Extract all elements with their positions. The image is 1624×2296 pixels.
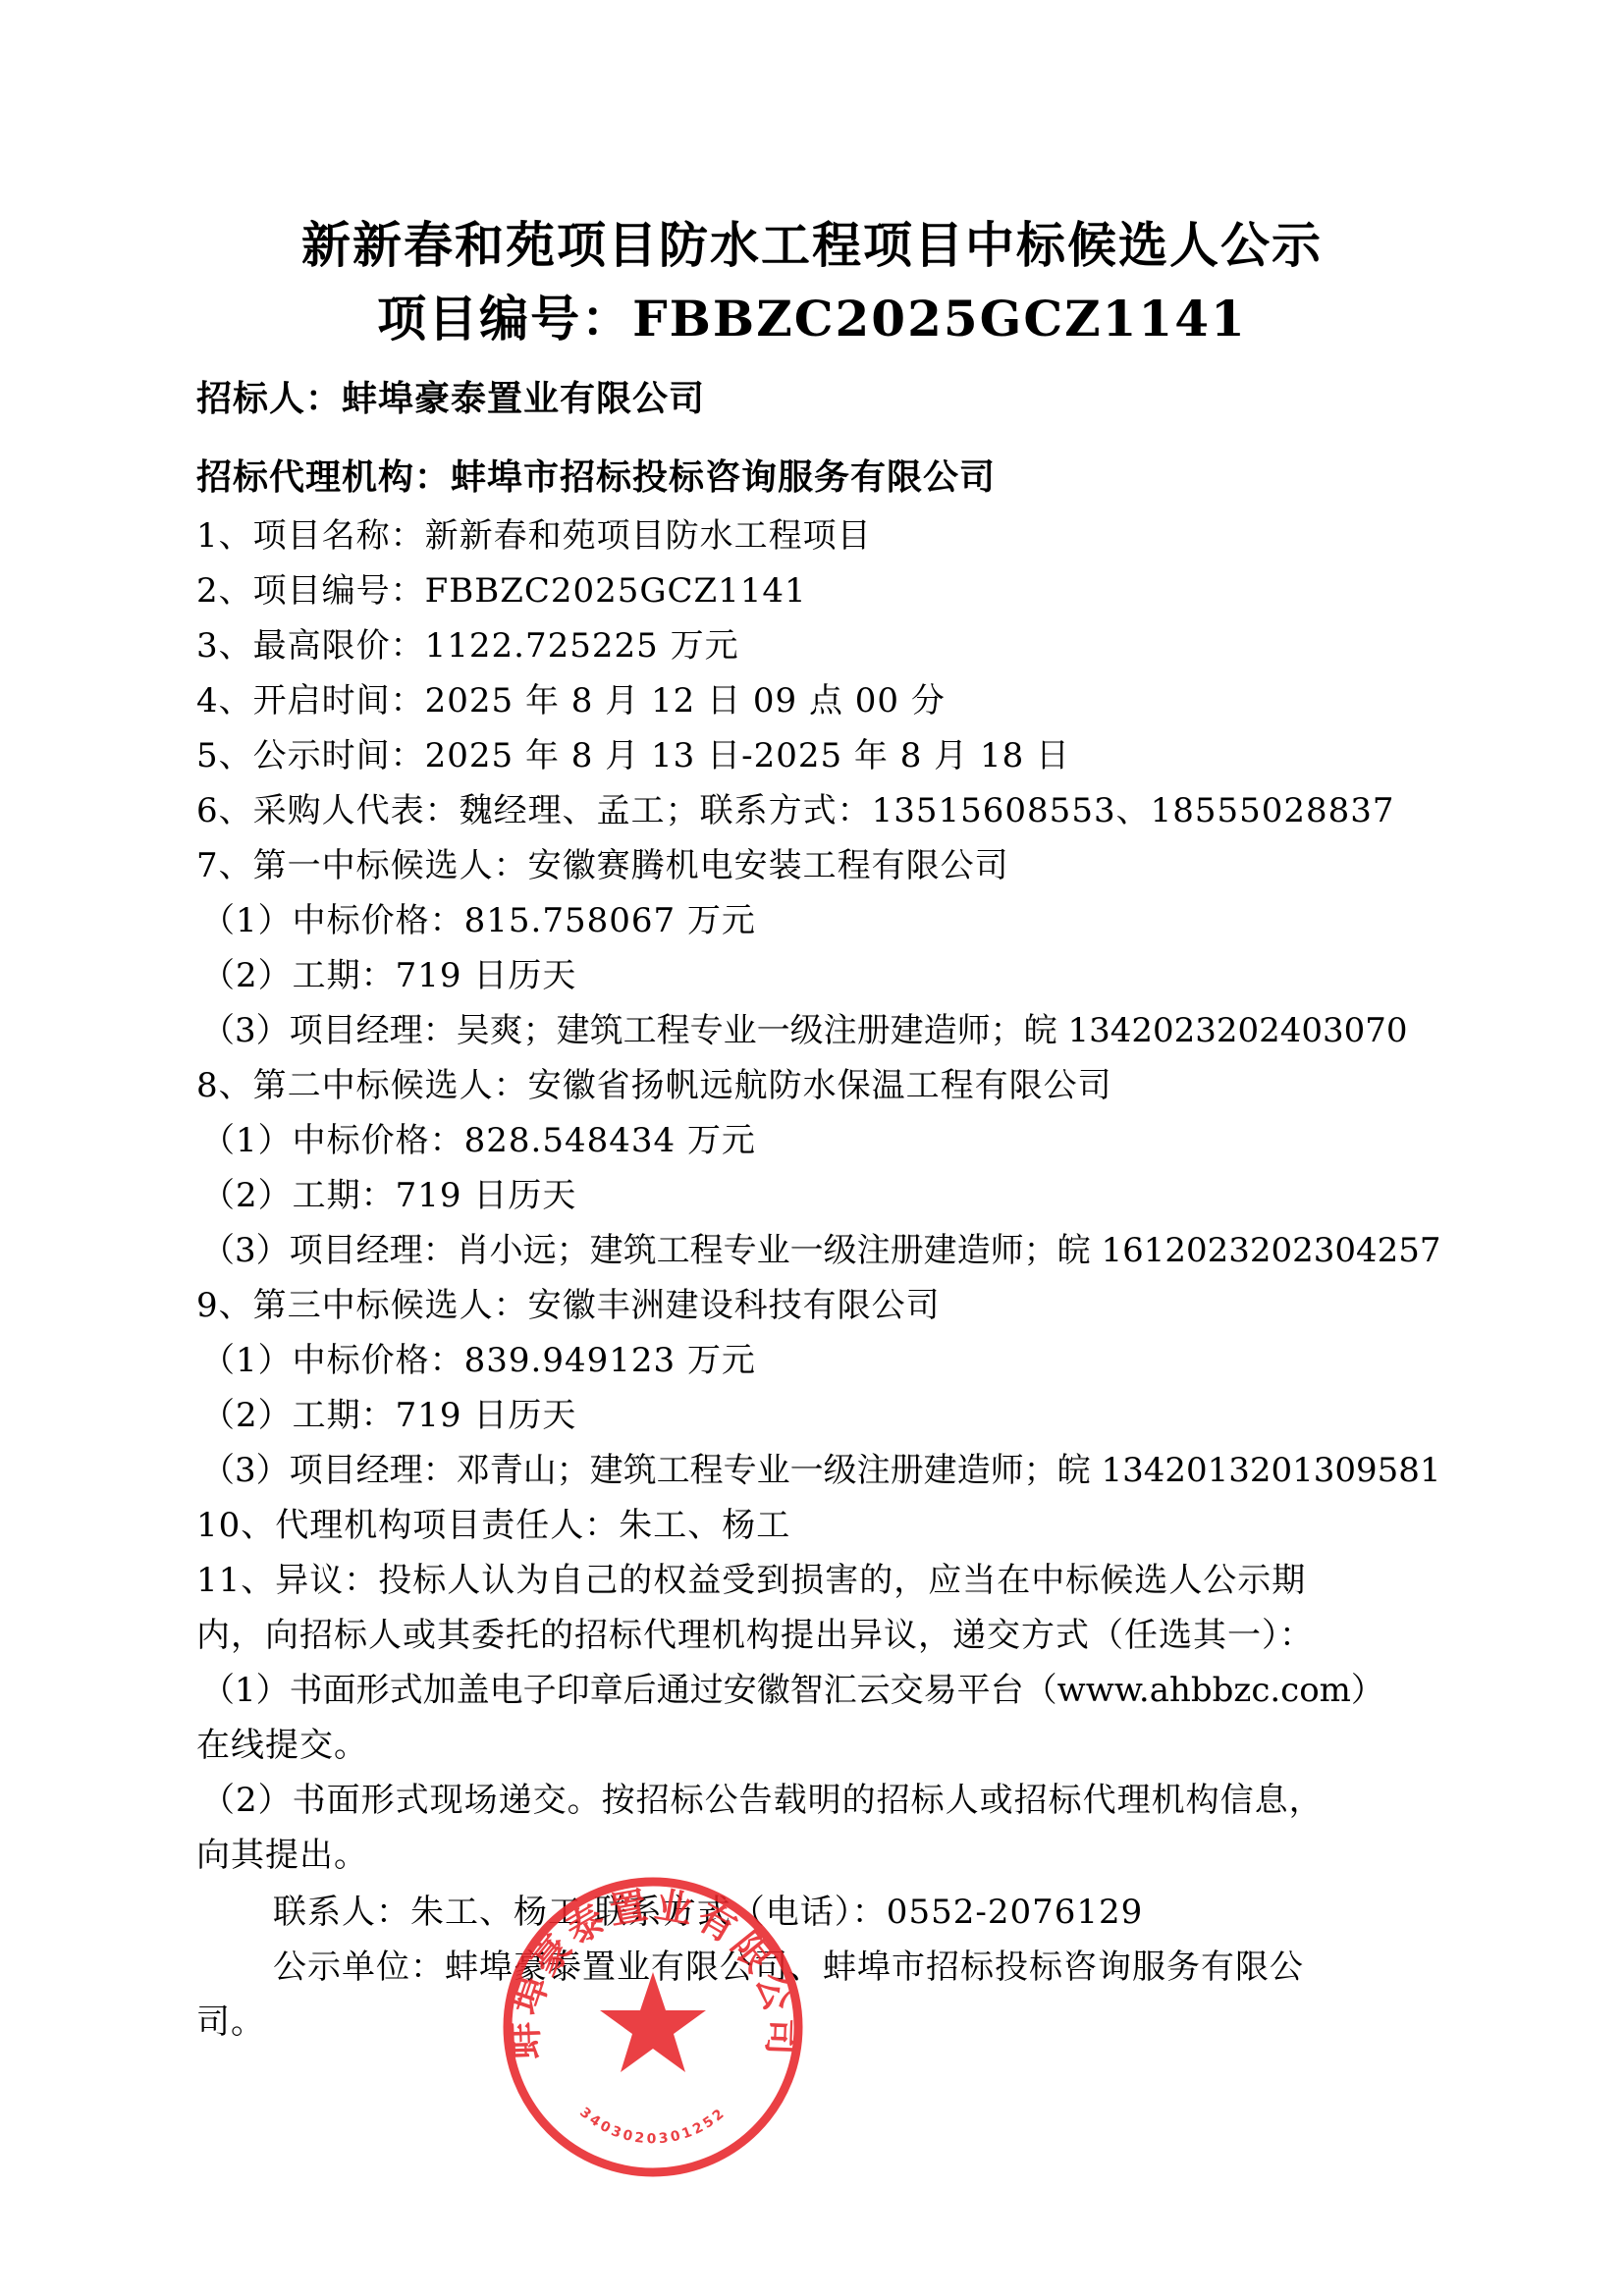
objection-option-2-line1: （2）书面形式现场递交。按招标公告载明的招标人或招标代理机构信息， [201, 1773, 1324, 1821]
item-publicity-period: 5、公示时间：2025 年 8 月 13 日-2025 年 8 月 18 日 [196, 728, 1070, 776]
objection-option-2-line2: 向其提出。 [196, 1828, 368, 1876]
candidate-3-period: （2）工期：719 日历天 [201, 1388, 576, 1436]
item-project-code: 2、项目编号：FBBZC2025GCZ1141 [196, 563, 807, 612]
tenderer-line: 招标人：蚌埠豪泰置业有限公司 [196, 371, 705, 421]
project-code-heading: 项目编号：FBBZC2025GCZ1141 [0, 280, 1624, 350]
contact-line: 联系人：朱工、杨工 联系方式（电话）：0552-2076129 [273, 1885, 1143, 1933]
candidate-1-period: （2）工期：719 日历天 [201, 948, 576, 996]
candidate-2-manager: （3）项目经理：肖小远；建筑工程专业一级注册建造师；皖 161202320230… [201, 1223, 1441, 1271]
candidate-1-price: （1）中标价格：815.758067 万元 [201, 893, 756, 941]
candidate-3-heading: 9、第三中标候选人：安徽丰洲建设科技有限公司 [196, 1278, 941, 1326]
item-purchaser-rep: 6、采购人代表：魏经理、孟工；联系方式：13515608553、18555028… [196, 783, 1395, 831]
candidate-1-heading: 7、第一中标候选人：安徽赛腾机电安装工程有限公司 [196, 838, 1009, 886]
seal-serial: 3403020301252 [576, 2105, 730, 2147]
item-objection-line1: 11、异议：投标人认为自己的权益受到损害的，应当在中标候选人公示期 [196, 1553, 1306, 1601]
item-open-time: 4、开启时间：2025 年 8 月 12 日 09 点 00 分 [196, 673, 946, 721]
publisher-line2: 司。 [196, 1995, 265, 2043]
candidate-1-manager: （3）项目经理：吴爽；建筑工程专业一级注册建造师；皖 1342023202403… [201, 1003, 1408, 1051]
item-project-name: 1、项目名称：新新春和苑项目防水工程项目 [196, 508, 872, 557]
document-page: 新新春和苑项目防水工程项目中标候选人公示 项目编号：FBBZC2025GCZ11… [0, 0, 1624, 2296]
item-max-price: 3、最高限价：1122.725225 万元 [196, 618, 739, 667]
document-title: 新新春和苑项目防水工程项目中标候选人公示 [0, 206, 1624, 277]
item-agency-responsible: 10、代理机构项目责任人：朱工、杨工 [196, 1498, 790, 1546]
objection-option-1-line1: （1）书面形式加盖电子印章后通过安徽智汇云交易平台（www.ahbbzc.com… [201, 1663, 1384, 1711]
candidate-3-price: （1）中标价格：839.949123 万元 [201, 1333, 756, 1381]
publisher-line1: 公示单位：蚌埠豪泰置业有限公司、蚌埠市招标投标咨询服务有限公 [273, 1940, 1304, 1988]
candidate-2-heading: 8、第二中标候选人：安徽省扬帆远航防水保温工程有限公司 [196, 1058, 1112, 1106]
candidate-3-manager: （3）项目经理：邓青山；建筑工程专业一级注册建造师；皖 134201320130… [201, 1443, 1441, 1491]
svg-text:3403020301252: 3403020301252 [576, 2105, 730, 2147]
candidate-2-period: （2）工期：719 日历天 [201, 1168, 576, 1216]
agency-line: 招标代理机构：蚌埠市招标投标咨询服务有限公司 [196, 450, 996, 500]
candidate-2-price: （1）中标价格：828.548434 万元 [201, 1113, 756, 1161]
item-objection-line2: 内，向招标人或其委托的招标代理机构提出异议，递交方式（任选其一）： [196, 1608, 1314, 1656]
objection-option-1-line2: 在线提交。 [196, 1718, 368, 1766]
